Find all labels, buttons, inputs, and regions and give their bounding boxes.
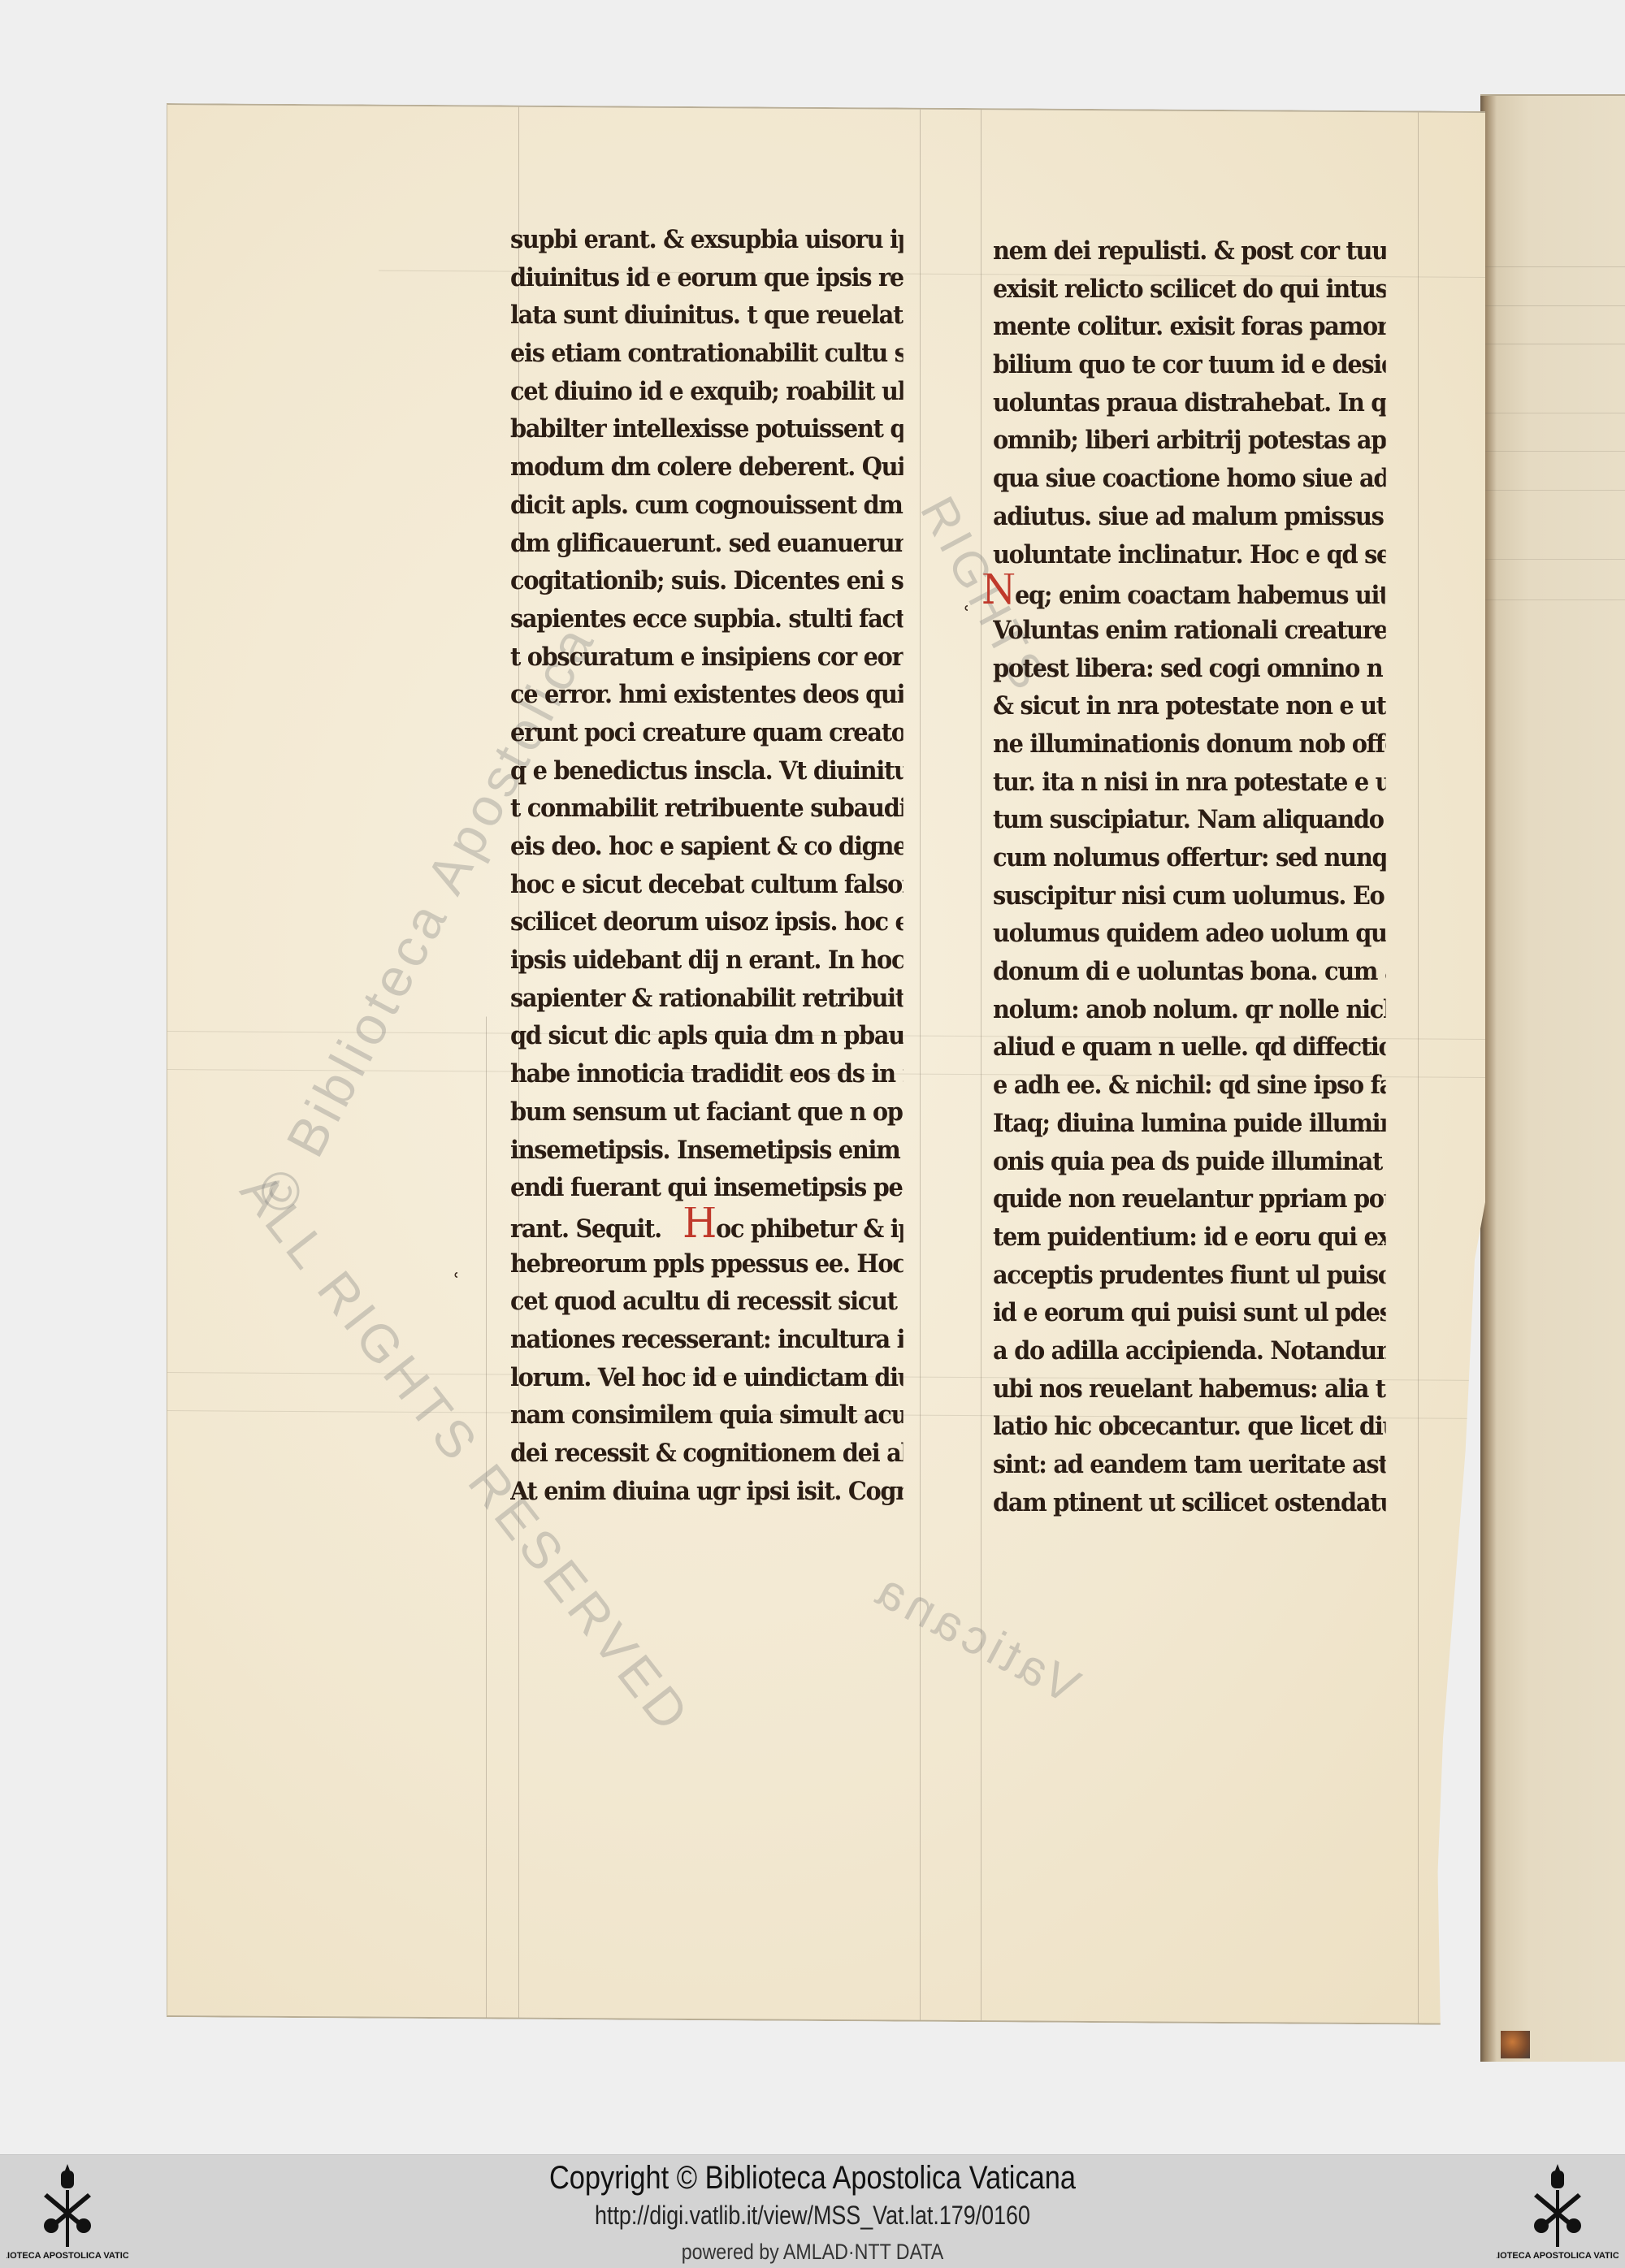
- text-line-with-rubric: Neq; enim coactam habemus uitam.: [981, 573, 1385, 612]
- text-line: uoluntate inclinatur. Hoc e qd sequit: [993, 536, 1386, 574]
- copyright-text: Copyright © Biblioteca Apostolica Vatica…: [114, 2160, 1511, 2197]
- text-line: dei recessit & cognitionem dei abiecit.: [510, 1435, 903, 1473]
- text-line-with-rubric: rant. Sequit. Hoc phibetur & ipse: [510, 1207, 903, 1245]
- text-line: t obscuratum e insipiens cor eorum. ec: [510, 638, 903, 677]
- text-line: cet quod acultu di recessit sicut & alie: [510, 1283, 903, 1321]
- text-line: lorum. Vel hoc id e uindictam diui: [510, 1359, 903, 1397]
- text-line: supbi erant. & exsupbia uisoru ipsis: [510, 221, 903, 259]
- text-line: t conmabilit retribuente subaudit: [510, 790, 903, 828]
- text-line: adiutus. siue ad malum pmissus ppa: [993, 498, 1386, 536]
- text-line: ubi nos reuelant habemus: alia trans: [993, 1370, 1386, 1409]
- text-line: bum sensum ut faciant que n oportet: [510, 1093, 903, 1132]
- text-line: mente colitur. exisit foras pamore uisi: [993, 308, 1386, 346]
- text-line: onis quia pea ds puide illuminat illa: [993, 1143, 1386, 1181]
- text-line: qua siue coactione homo siue ad bonum: [993, 460, 1386, 498]
- powered-by-text: powered by AMLAD·NTT DATA: [114, 2240, 1511, 2265]
- next-leaf-edge: [1480, 94, 1625, 2062]
- text-line: nationes recesserant: incultura ido: [510, 1321, 903, 1359]
- text-line: exisit relicto scilicet do qui intus pur…: [993, 271, 1386, 309]
- text-line: diuinitus id e eorum que ipsis reue: [510, 259, 903, 297]
- text-line: a do adilla accipienda. Notandum qd: [993, 1332, 1386, 1370]
- copyright-footer: Copyright © Biblioteca Apostolica Vatica…: [0, 2154, 1625, 2268]
- rubric-initial-n: N: [981, 573, 1015, 612]
- text-line: eis etiam contrationabilit cultu scili: [510, 335, 903, 373]
- text-line: omnib; liberi arbitrij potestas apparet.: [993, 422, 1386, 460]
- text-line: donum di e uoluntas bona. cum aut: [993, 953, 1386, 991]
- rubric-initial-h: H: [682, 1207, 716, 1245]
- text-line: acceptis prudentes fiunt ul puisorum: [993, 1257, 1386, 1295]
- text-line: ne illuminationis donum nob offera: [993, 725, 1386, 764]
- text-line: tur. ita n nisi in nra potestate e ut ob…: [993, 764, 1386, 802]
- text-line: babilter intellexisse potuissent que ad: [510, 410, 903, 448]
- text-line: & sicut in nra potestate non e ut diui: [993, 687, 1386, 725]
- svg-text:BIBLIOTECA APOSTOLICA VATICANA: BIBLIOTECA APOSTOLICA VATICANA: [6, 2251, 128, 2261]
- text-line: sint: ad eandem tam ueritate astruen: [993, 1446, 1386, 1484]
- text-line: scilicet deorum uisoz ipsis. hoc e qui: [510, 903, 903, 941]
- text-line: modum dm colere deberent. Quia sicut: [510, 448, 903, 487]
- margin-mark-right: ʿ: [964, 603, 970, 627]
- text-line: qd sicut dic apls quia dm n pbauert: [510, 1017, 903, 1055]
- text-line: Itaq; diuina lumina puide illuminati: [993, 1105, 1386, 1143]
- text-line: dm glificauerunt. sed euanuerunt in: [510, 525, 903, 563]
- text-line: eis deo. hoc e sapient & co digne cultu.: [510, 828, 903, 866]
- text-line: cum nolumus offertur: sed nunqua: [993, 839, 1386, 877]
- source-url[interactable]: http://digi.vatlib.it/view/MSS_Vat.lat.1…: [130, 2201, 1495, 2231]
- vatican-library-seal-left: BIBLIOTECA APOSTOLICA VATICANA: [6, 2162, 128, 2263]
- svg-text:BIBLIOTECA APOSTOLICA VATICANA: BIBLIOTECA APOSTOLICA VATICANA: [1497, 2251, 1618, 2261]
- text-line: tum suscipiatur. Nam aliquando &: [993, 801, 1386, 839]
- text-line: dicit apls. cum cognouissent dm. n sic: [510, 487, 903, 525]
- text-line: insemetipsis. Insemetipsis enim puni: [510, 1132, 903, 1170]
- text-line: dam ptinent ut scilicet ostendatur: [993, 1484, 1386, 1522]
- text-line: At enim diuina ugr ipsi isit. Cognitio: [510, 1473, 903, 1511]
- text-line: cogitationib; suis. Dicentes eni se ee: [510, 562, 903, 600]
- text-line: ipsis uidebant dij n erant. In hoc eni: [510, 941, 903, 980]
- text-line: hoc e sicut decebat cultum falsorum: [510, 866, 903, 904]
- text-line: nolum: anob nolum. qr nolle nichil: [993, 991, 1386, 1029]
- text-line: quide non reuelantur ppriam potesta: [993, 1180, 1386, 1218]
- text-line: hebreorum ppls ppessus ee. Hoc scili: [510, 1245, 903, 1283]
- text-line: suscipitur nisi cum uolumus. Eo cum: [993, 877, 1386, 915]
- text-line: sapienter & rationabilit retribuit eis d…: [510, 980, 903, 1018]
- text-line: q e benedictus inscla. Vt diuinitus: [510, 752, 903, 790]
- text-line: aliud e quam n uelle. qd diffectio boni: [993, 1028, 1386, 1067]
- text-line: erunt poci creature quam creatori: [510, 714, 903, 752]
- text-line: endi fuerant qui insemetipsis peccaue: [510, 1169, 903, 1207]
- text-line: sapientes ecce supbia. stulti facti sunt…: [510, 600, 903, 638]
- text-line: ce error. hmi existentes deos quia seru: [510, 676, 903, 714]
- text-line: potest libera: sed cogi omnino n potest.: [993, 650, 1386, 688]
- text-line: uoluntas praua distrahebat. In quib;: [993, 384, 1386, 422]
- text-line: habe innoticia tradidit eos ds in rep: [510, 1055, 903, 1093]
- text-line: latio hic obcecantur. que licet diuisa: [993, 1408, 1386, 1446]
- text-line: id e eorum qui puisi sunt ul pdestinati: [993, 1294, 1386, 1332]
- text-line: Voluntas enim rationali creature dari: [993, 612, 1386, 650]
- text-line: bilium quo te cor tuum id e desiderium t: [993, 346, 1386, 384]
- text-column-left: supbi erant. & exsupbia uisoru ipsis diu…: [510, 221, 933, 1510]
- text-line: nem dei repulisti. & post cor tuum: [993, 232, 1386, 271]
- binding-clasp: [1501, 2031, 1530, 2058]
- text-line: uolumus quidem adeo uolum quia: [993, 915, 1386, 953]
- text-column-right: nem dei repulisti. & post cor tuum exisi…: [993, 232, 1415, 1521]
- manuscript-viewer: © Biblioteca Apostolica ALL RIGHTS RESER…: [0, 0, 1625, 2154]
- margin-mark-left: ʿ: [453, 1270, 460, 1294]
- text-line: cet diuino id e exquib; roabilit ul p: [510, 373, 903, 411]
- vatican-library-seal-right: BIBLIOTECA APOSTOLICA VATICANA: [1497, 2162, 1618, 2263]
- text-line: nam consimilem quia simult acultu: [510, 1396, 903, 1435]
- text-line: tem puidentium: id e eoru qui exeis: [993, 1218, 1386, 1257]
- text-line: e adh ee. & nichil: qd sine ipso factu e…: [993, 1067, 1386, 1105]
- text-line: lata sunt diuinitus. t que reuelata st: [510, 296, 903, 335]
